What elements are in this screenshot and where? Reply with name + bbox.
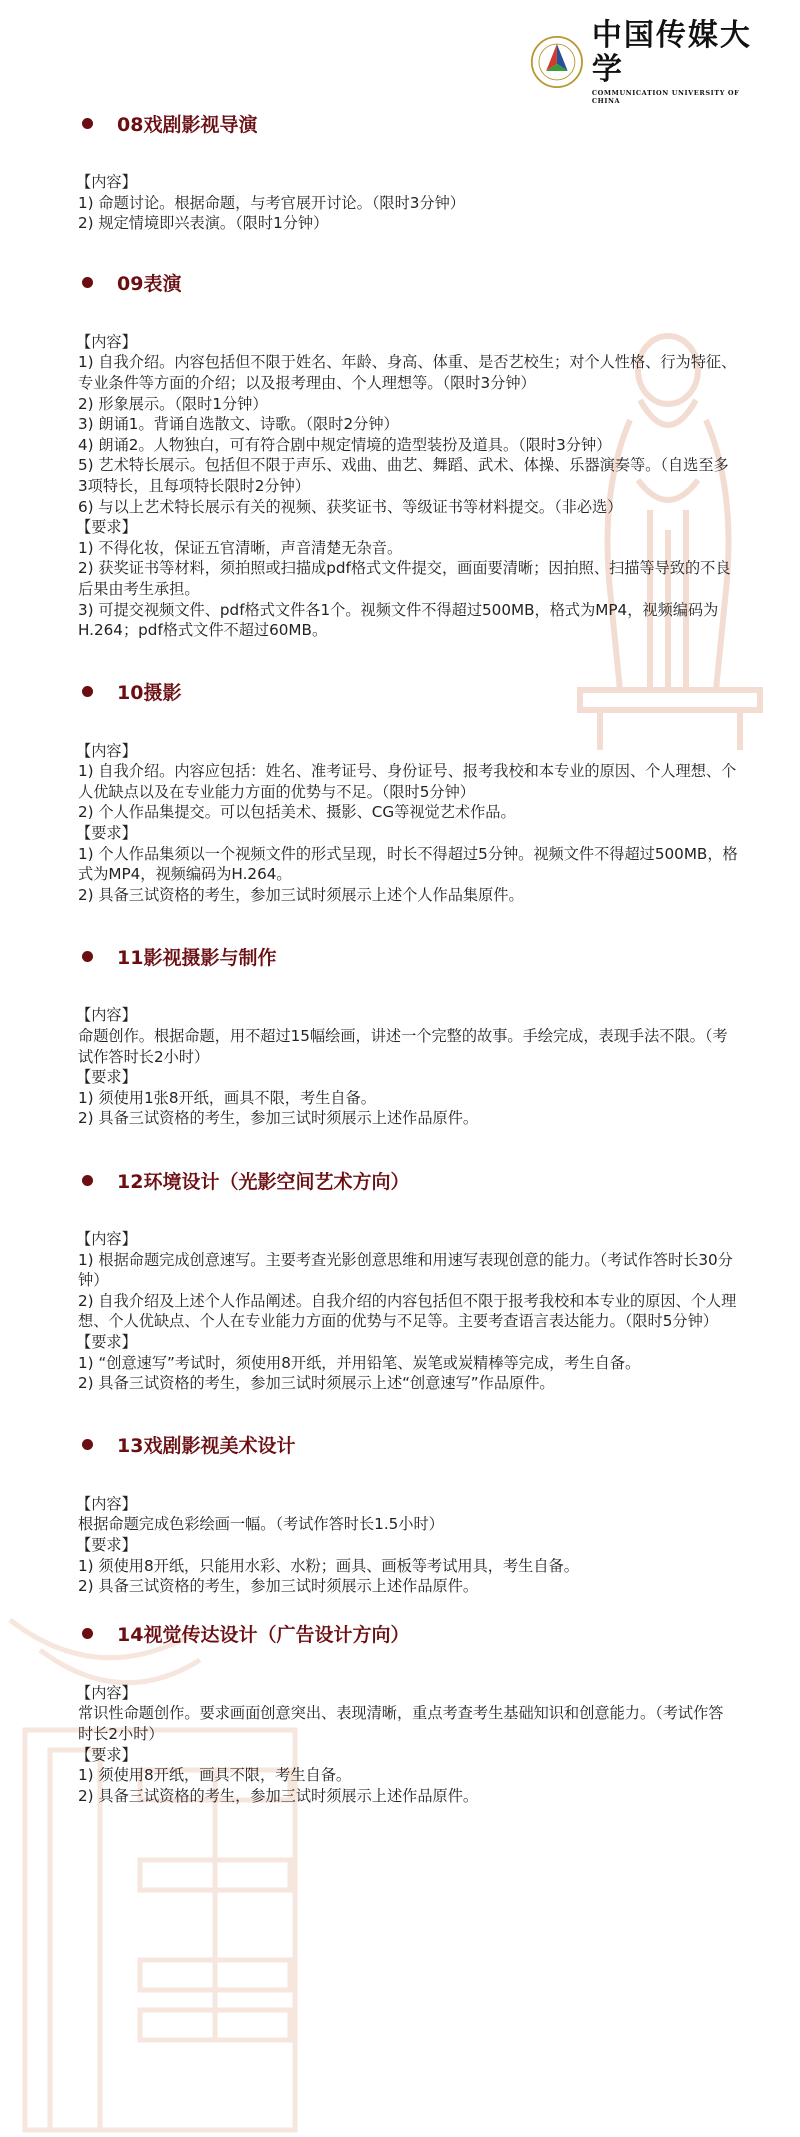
requirement-item: 1) 个人作品集须以一个视频文件的形式呈现，时长不得超过5分钟。视频文件不得超过… (78, 844, 738, 885)
requirements-label: 【要求】 (76, 517, 738, 538)
requirement-item: 1) 不得化妆，保证五官清晰，声音清楚无杂音。 (78, 538, 738, 559)
document-body: 08戏剧影视导演 【内容】 1) 命题讨论。根据命题，与考官展开讨论。（限时3分… (78, 108, 738, 1806)
content-item: 5) 艺术特长展示。包括但不限于声乐、戏曲、曲艺、舞蹈、武术、体操、乐器演奏等。… (78, 455, 738, 496)
content-label: 【内容】 (76, 741, 738, 762)
content-label: 【内容】 (76, 1005, 738, 1026)
content-item: 3) 朗诵1。背诵自选散文、诗歌。（限时2分钟） (78, 414, 738, 435)
section-14: 14视觉传达设计（广告设计方向） 【内容】 常识性命题创作。要求画面创意突出、表… (78, 1619, 738, 1807)
requirement-item: 2) 具备三试资格的考生，参加三试时须展示上述作品原件。 (78, 1576, 738, 1597)
requirement-item: 2) 具备三试资格的考生，参加三试时须展示上述作品原件。 (78, 1786, 738, 1807)
section-title: 13戏剧影视美术设计 (117, 1431, 295, 1458)
requirement-item: 1) 须使用8开纸，只能用水彩、水粉；画具、画板等考试用具，考生自备。 (78, 1556, 738, 1577)
section-heading: 09表演 (78, 268, 738, 298)
logo-chinese-name: 中国传媒大学 (592, 19, 770, 87)
section-title: 14视觉传达设计（广告设计方向） (117, 1620, 409, 1647)
section-12: 12环境设计（光影空间艺术方向） 【内容】 1) 根据命题完成创意速写。主要考查… (78, 1165, 738, 1394)
content-item: 2) 个人作品集提交。可以包括美术、摄影、CG等视觉艺术作品。 (78, 802, 738, 823)
bullet-icon (82, 951, 93, 962)
section-08: 08戏剧影视导演 【内容】 1) 命题讨论。根据命题，与考官展开讨论。（限时3分… (78, 108, 738, 234)
section-title: 12环境设计（光影空间艺术方向） (117, 1167, 409, 1194)
university-emblem-icon (530, 33, 584, 91)
requirement-item: 1) 须使用8开纸，画具不限，考生自备。 (78, 1765, 738, 1786)
content-item: 2) 规定情境即兴表演。（限时1分钟） (78, 213, 738, 234)
bullet-icon (82, 686, 93, 697)
requirements-label: 【要求】 (76, 1745, 738, 1766)
section-09: 09表演 【内容】 1) 自我介绍。内容包括但不限于姓名、年龄、身高、体重、是否… (78, 268, 738, 641)
content-item: 根据命题完成色彩绘画一幅。（考试作答时长1.5小时） (78, 1514, 738, 1535)
section-13: 13戏剧影视美术设计 【内容】 根据命题完成色彩绘画一幅。（考试作答时长1.5小… (78, 1430, 738, 1597)
requirements-label: 【要求】 (76, 1067, 738, 1088)
content-label: 【内容】 (76, 172, 738, 193)
section-title: 11影视摄影与制作 (117, 943, 276, 970)
content-item: 2) 形象展示。（限时1分钟） (78, 394, 738, 415)
content-label: 【内容】 (76, 1494, 738, 1515)
bullet-icon (82, 1628, 93, 1639)
section-11: 11影视摄影与制作 【内容】 命题创作。根据命题，用不超过15幅绘画，讲述一个完… (78, 941, 738, 1129)
requirement-item: 2) 具备三试资格的考生，参加三试时须展示上述作品原件。 (78, 1108, 738, 1129)
requirement-item: 3) 可提交视频文件、pdf格式文件各1个。视频文件不得超过500MB，格式为M… (78, 600, 738, 641)
requirements-label: 【要求】 (76, 1332, 738, 1353)
content-item: 命题创作。根据命题，用不超过15幅绘画，讲述一个完整的故事。手绘完成，表现手法不… (78, 1026, 738, 1067)
requirement-item: 1) 须使用1张8开纸，画具不限，考生自备。 (78, 1088, 738, 1109)
logo-english-name: COMMUNICATION UNIVERSITY OF CHINA (592, 89, 770, 105)
section-title: 09表演 (117, 269, 181, 296)
section-heading: 13戏剧影视美术设计 (78, 1430, 738, 1460)
content-item: 6) 与以上艺术特长展示有关的视频、获奖证书、等级证书等材料提交。（非必选） (78, 497, 738, 518)
section-heading: 14视觉传达设计（广告设计方向） (78, 1619, 738, 1649)
content-item: 2) 自我介绍及上述个人作品阐述。自我介绍的内容包括但不限于报考我校和本专业的原… (78, 1291, 738, 1332)
section-10: 10摄影 【内容】 1) 自我介绍。内容应包括：姓名、准考证号、身份证号、报考我… (78, 677, 738, 906)
requirement-item: 2) 具备三试资格的考生，参加三试时须展示上述个人作品集原件。 (78, 885, 738, 906)
content-item: 1) 自我介绍。内容包括但不限于姓名、年龄、身高、体重、是否艺校生；对个人性格、… (78, 352, 738, 393)
requirements-label: 【要求】 (76, 823, 738, 844)
bullet-icon (82, 277, 93, 288)
content-item: 4) 朗诵2。人物独白，可有符合剧中规定情境的造型装扮及道具。（限时3分钟） (78, 435, 738, 456)
bullet-icon (82, 1175, 93, 1186)
content-item: 1) 命题讨论。根据命题，与考官展开讨论。（限时3分钟） (78, 193, 738, 214)
content-item: 1) 根据命题完成创意速写。主要考查光影创意思维和用速写表现创意的能力。（考试作… (78, 1250, 738, 1291)
requirement-item: 2) 具备三试资格的考生，参加三试时须展示上述“创意速写”作品原件。 (78, 1373, 738, 1394)
content-label: 【内容】 (76, 1683, 738, 1704)
content-label: 【内容】 (76, 332, 738, 353)
section-title: 08戏剧影视导演 (117, 110, 257, 137)
section-heading: 10摄影 (78, 677, 738, 707)
section-heading: 11影视摄影与制作 (78, 941, 738, 971)
section-heading: 08戏剧影视导演 (78, 108, 738, 138)
requirement-item: 1) “创意速写”考试时，须使用8开纸，并用铅笔、炭笔或炭精棒等完成，考生自备。 (78, 1353, 738, 1374)
content-label: 【内容】 (76, 1229, 738, 1250)
section-heading: 12环境设计（光影空间艺术方向） (78, 1165, 738, 1195)
bullet-icon (82, 118, 93, 129)
content-item: 1) 自我介绍。内容应包括：姓名、准考证号、身份证号、报考我校和本专业的原因、个… (78, 761, 738, 802)
bullet-icon (82, 1439, 93, 1450)
content-item: 常识性命题创作。要求画面创意突出、表现清晰，重点考查考生基础知识和创意能力。（考… (78, 1703, 738, 1744)
requirements-label: 【要求】 (76, 1535, 738, 1556)
requirement-item: 2) 获奖证书等材料，须拍照或扫描成pdf格式文件提交，画面要清晰；因拍照、扫描… (78, 558, 738, 599)
university-logo: 中国传媒大学 COMMUNICATION UNIVERSITY OF CHINA (530, 30, 770, 94)
section-title: 10摄影 (117, 678, 181, 705)
